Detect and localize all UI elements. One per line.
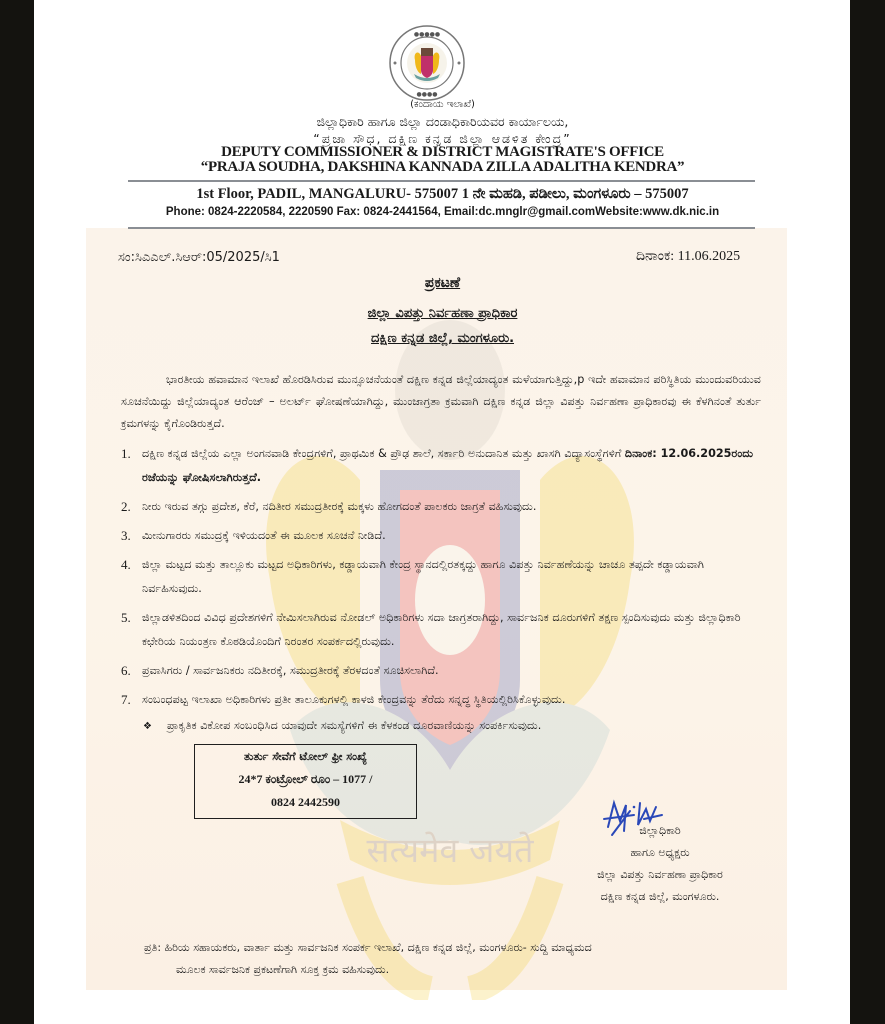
helpline-phone: 0824 2442590 — [195, 791, 416, 814]
reference-number: ಸಂ:ಸಿಎಎಲ್.ಸಿಆರ್:05/2025/ಸಿ1 — [118, 250, 280, 265]
list-item: 2.ನೀರು ಇರುವ ತಗ್ಗು ಪ್ರದೇಶ, ಕೆರೆ, ನದಿತೀರ ಸ… — [121, 495, 761, 519]
karnataka-emblem-logo-icon: ●●●●● ●●●● — [388, 24, 466, 102]
signatory-authority: ಜಿಲ್ಲಾ ವಿಪತ್ತು ನಿರ್ವಹಣಾ ಪ್ರಾಧಿಕಾರ — [540, 864, 780, 886]
header-divider-top — [128, 180, 755, 182]
measures-list: 1.ದಕ್ಷಿಣ ಕನ್ನಡ ಜಿಲ್ಲೆಯ ಎಲ್ಲಾ ಅಂಗನವಾಡಿ ಕೇ… — [121, 442, 761, 717]
copy-to: ಪ್ರತಿ: ಹಿರಿಯ ಸಹಾಯಕರು, ವಾರ್ತಾ ಮತ್ತು ಸಾರ್ವ… — [144, 937, 764, 981]
department-name-kannada: (ಕಂದಾಯ ಇಲಾಖೆ) — [0, 99, 885, 110]
notice-title: ಪ್ರಕಟಣೆ — [0, 275, 885, 291]
document-date: ದಿನಾಂಕ: 11.06.2025 — [636, 249, 740, 265]
header-divider-bottom — [128, 227, 755, 229]
list-item: 6.ಪ್ರವಾಸಿಗರು / ಸಾರ್ವಜನಿಕರು ನದಿತೀರಕ್ಕೆ, ಸ… — [121, 659, 761, 683]
district-title: ದಕ್ಷಿಣ ಕನ್ನಡ ಜಿಲ್ಲೆ, ಮಂಗಳೂರು. — [0, 331, 885, 346]
list-item: 5.ಜಿಲ್ಲಾಡಳಿತದಿಂದ ವಿವಿಧ ಪ್ರದೇಶಗಳಿಗೆ ನೇಮಿಸ… — [121, 606, 761, 654]
helpline-control-room: 24*7 ಕಂಟ್ರೋಲ್ ರೂಂ – 1077 / — [195, 768, 416, 791]
signatory-district: ದಕ್ಷಿಣ ಕನ್ನಡ ಜಿಲ್ಲೆ, ಮಂಗಳೂರು. — [540, 886, 780, 908]
list-item: 3.ಮೀನುಗಾರರು ಸಮುದ್ರಕ್ಕೆ ಇಳಿಯದಂತೆ ಈ ಮೂಲಕ ಸ… — [121, 524, 761, 548]
authority-title: ಜಿಲ್ಲಾ ವಿಪತ್ತು ನಿರ್ವಹಣಾ ಪ್ರಾಧಿಕಾರ — [0, 306, 885, 321]
contact-instruction: ❖ಪ್ರಾಕೃತಿಕ ವಿಕೋಪ ಸಂಬಂಧಿಸಿದ ಯಾವುದೇ ಸಮಸ್ಯೆ… — [143, 719, 541, 733]
svg-text:सत्यमेव जयते: सत्यमेव जयते — [367, 831, 535, 871]
svg-text:●●●●●: ●●●●● — [414, 31, 440, 38]
praja-soudha-english: “PRAJA SOUDHA, DAKSHINA KANNADA ZILLA AD… — [0, 159, 885, 176]
signatory-role: ಹಾಗೂ ಅಧ್ಯಕ್ಷರು — [540, 842, 780, 864]
svg-text:●●●●: ●●●● — [417, 91, 438, 98]
list-item: 4.ಜಿಲ್ಲಾ ಮಟ್ಟದ ಮತ್ತು ತಾಲ್ಲೂಕು ಮಟ್ಟದ ಅಧಿಕ… — [121, 553, 761, 601]
office-address: 1st Floor, PADIL, MANGALURU- 575007 1 ನೇ… — [0, 186, 885, 203]
list-item: 1.ದಕ್ಷಿಣ ಕನ್ನಡ ಜಿಲ್ಲೆಯ ಎಲ್ಲಾ ಅಂಗನವಾಡಿ ಕೇ… — [121, 442, 761, 490]
office-name-kannada: ಜಿಲ್ಲಾಧಿಕಾರಿ ಹಾಗೂ ಜಿಲ್ಲಾ ದಂಡಾಧಿಕಾರಿಯವರ ಕ… — [0, 114, 885, 130]
diamond-bullet-icon: ❖ — [143, 721, 167, 732]
list-item: 7.ಸಂಬಂಧಪಟ್ಟ ಇಲಾಖಾ ಅಧಿಕಾರಿಗಳು ಪ್ರತೀ ತಾಲೂಕ… — [121, 688, 761, 712]
helpline-box: ತುರ್ತು ಸೇವೆಗೆ ಟೋಲ್ ಫ್ರೀ ಸಂಖ್ಯೆ 24*7 ಕಂಟ್… — [194, 744, 417, 819]
signatory-title: ಜಿಲ್ಲಾಧಿಕಾರಿ — [540, 820, 780, 842]
signature-block: ಜಿಲ್ಲಾಧಿಕಾರಿ ಹಾಗೂ ಅಧ್ಯಕ್ಷರು ಜಿಲ್ಲಾ ವಿಪತ್… — [540, 820, 780, 908]
office-contact: Phone: 0824-2220584, 2220590 Fax: 0824-2… — [0, 206, 885, 218]
intro-paragraph: ಭಾರತೀಯ ಹವಾಮಾನ ಇಲಾಖೆ ಹೊರಡಿಸಿರುವ ಮುನ್ಸೂಚನೆ… — [121, 369, 761, 435]
helpline-title: ತುರ್ತು ಸೇವೆಗೆ ಟೋಲ್ ಫ್ರೀ ಸಂಖ್ಯೆ — [195, 745, 416, 768]
